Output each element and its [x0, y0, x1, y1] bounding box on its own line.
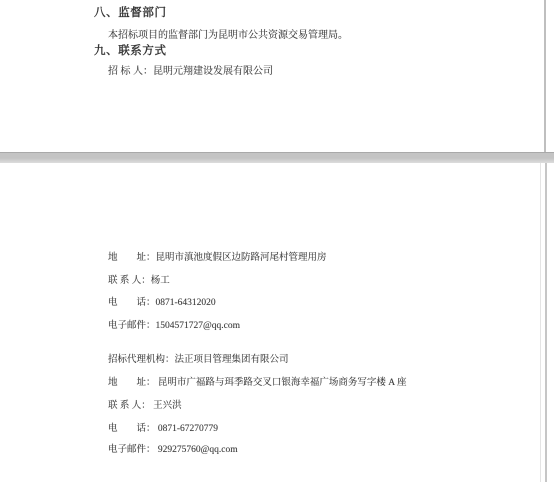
tenderer-value: 昆明元翔建设发展有限公司	[153, 66, 273, 77]
contact-label: 地 址：	[108, 378, 156, 388]
page-2-right-edge-line	[545, 163, 547, 482]
contact-line-person: 联 系 人：杨工	[108, 272, 170, 286]
page-separator	[0, 152, 554, 163]
contact-line-phone: 电 话：0871-64312020	[108, 294, 216, 308]
contact-label: 电 话：	[108, 424, 156, 434]
section-8-body: 本招标项目的监督部门为昆明市公共资源交易管理局。	[108, 26, 348, 41]
section-8-heading: 八、监督部门	[94, 4, 167, 20]
contact-label: 联 系 人：	[108, 276, 151, 286]
tenderer-line: 招 标 人：昆明元翔建设发展有限公司	[108, 62, 273, 77]
contact-value: 0871-67270779	[156, 424, 219, 434]
agency-line-email: 电子邮件： 929275760@qq.com	[108, 441, 238, 455]
section-9-heading: 九、联系方式	[94, 42, 167, 58]
contact-label: 招标代理机构：	[108, 355, 175, 365]
tenderer-label: 招 标 人：	[108, 66, 153, 77]
contact-label: 电 话：	[108, 298, 156, 308]
contact-value: 0871-64312020	[156, 298, 216, 308]
agency-line-phone: 电 话： 0871-67270779	[108, 420, 218, 434]
agency-line-person: 联 系 人： 王兴洪	[108, 397, 182, 411]
contact-line-email: 电子邮件：1504571727@qq.com	[108, 317, 240, 331]
page-2-right-edge-shadow	[540, 163, 541, 482]
contact-value: 929275760@qq.com	[156, 445, 238, 455]
document-viewer: 八、监督部门 本招标项目的监督部门为昆明市公共资源交易管理局。 九、联系方式 招…	[0, 0, 554, 482]
contact-value: 法正项目管理集团有限公司	[175, 355, 289, 365]
agency-line-address: 地 址： 昆明市广福路与珥季路交叉口银海幸福广场商务写字楼 A 座	[108, 374, 406, 388]
contact-value: 昆明市广福路与珥季路交叉口银海幸福广场商务写字楼 A 座	[156, 378, 407, 388]
page-1: 八、监督部门 本招标项目的监督部门为昆明市公共资源交易管理局。 九、联系方式 招…	[0, 0, 554, 152]
contact-value: 1504571727@qq.com	[156, 321, 240, 331]
page-1-right-edge-line	[544, 0, 546, 152]
agency-line-name: 招标代理机构：法正项目管理集团有限公司	[108, 351, 289, 365]
contact-label: 地 址：	[108, 253, 156, 263]
contact-line-address: 地 址：昆明市滇池度假区边防路河尾村管理用房	[108, 249, 327, 263]
contact-value: 杨工	[151, 276, 170, 286]
contact-value: 王兴洪	[151, 401, 182, 411]
contact-label: 电子邮件：	[108, 445, 156, 455]
contact-label: 联 系 人：	[108, 401, 151, 411]
contact-value: 昆明市滇池度假区边防路河尾村管理用房	[156, 253, 327, 263]
page-2: 地 址：昆明市滇池度假区边防路河尾村管理用房 联 系 人：杨工 电 话：0871…	[0, 163, 554, 482]
contact-label: 电子邮件：	[108, 321, 156, 331]
